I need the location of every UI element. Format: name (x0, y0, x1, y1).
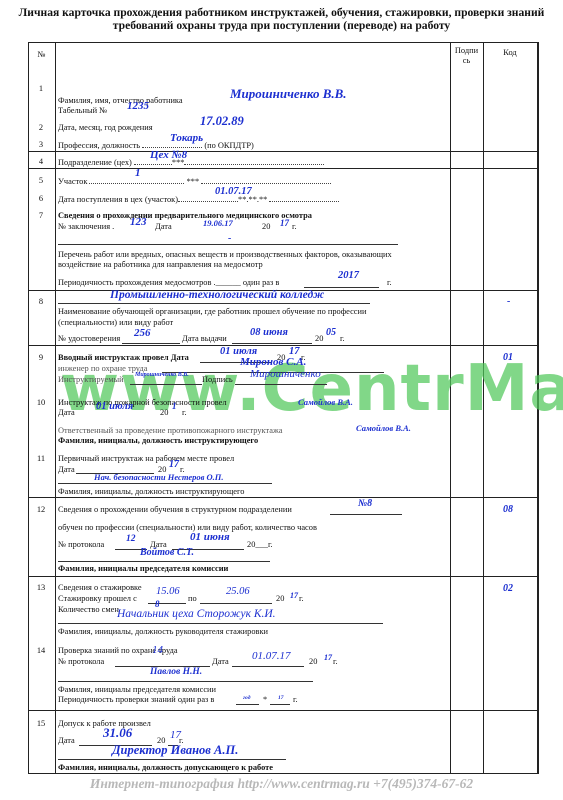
birth-date-label: Дата, месяц, год рождения (58, 123, 153, 133)
underline (200, 603, 272, 604)
admission-person-label: Фамилия, инициалы, должность допускающег… (58, 763, 273, 773)
knowledge-year-value[interactable]: 17 (324, 653, 332, 662)
fire-date-value[interactable]: 01 июля (96, 401, 133, 412)
row-number: 1 (28, 84, 54, 93)
primary-instructor-value[interactable]: Нач. безопасности Нестеров О.П. (94, 472, 224, 482)
year-suffix: г. (387, 278, 392, 288)
full-name-value[interactable]: Мирошниченко В.В. (230, 86, 347, 102)
fire-briefing-instructor[interactable]: Самойлов В.А. (298, 397, 353, 407)
knowledge-protocol-label: № протокола (58, 657, 104, 667)
department-label-text: Подразделение (цех) (58, 158, 132, 167)
department-label: Подразделение (цех) *** (58, 157, 324, 168)
section-stars: *** (187, 177, 200, 186)
underline (235, 384, 327, 385)
footer-printing-house: Интернет-типография http://www.centrmag.… (0, 776, 563, 792)
profession-value[interactable]: Токарь (170, 132, 203, 144)
header-signature-l2: сь (450, 56, 483, 66)
issue-date-label: Дата выдачи (182, 334, 227, 344)
fire-responsible-label: Ответственный за проведение противопожар… (58, 426, 282, 436)
birth-date-value[interactable]: 17.02.89 (200, 114, 244, 129)
conclusion-label: № заключения . (58, 222, 114, 232)
year-suffix: г. (340, 334, 345, 344)
unit-training-label-2: обучен по профессии (специальности) или … (58, 523, 317, 533)
section-value[interactable]: 1 (135, 167, 141, 179)
admission-person-value[interactable]: Директор Иванов А.П. (112, 743, 238, 758)
certificate-label: № удостоверения (58, 334, 120, 344)
underline (330, 514, 402, 515)
internship-to-value[interactable]: 25.06 (226, 586, 250, 597)
underline (236, 704, 259, 705)
dotted-line (201, 176, 331, 184)
year-suffix: г. (333, 657, 338, 667)
underline (58, 759, 286, 760)
trainee-signature[interactable]: Мирошниченко (250, 368, 321, 380)
internship-from-label: Стажировку прошел с (58, 594, 137, 604)
row-number: 4 (28, 157, 54, 166)
title-line-1: Личная карточка прохождения работником и… (0, 6, 563, 19)
unit-date-value[interactable]: 01 июня (190, 531, 230, 543)
knowledge-chair-label: Фамилия, инициалы председателя комиссии (58, 685, 216, 695)
signature-label: Подпись (202, 375, 233, 385)
internship-label: Сведения о стажировке (58, 583, 142, 593)
underline (232, 343, 312, 344)
year-suffix: г. (292, 222, 297, 232)
fire-responsible-value[interactable]: Самойлов В.А. (356, 423, 411, 433)
issue-year-prefix: 20 (315, 334, 323, 344)
row-number: 15 (28, 719, 54, 728)
entry-date-value[interactable]: 01.07.17 (215, 186, 252, 197)
safety-engineer-value[interactable]: Миронов С.А. (240, 356, 306, 368)
admission-date-value[interactable]: 31.06 (103, 725, 132, 741)
unit-training-value[interactable]: №8 (358, 498, 372, 509)
row-number: 11 (28, 454, 54, 463)
full-name-label: Фамилия, имя, отчество работника (58, 96, 183, 106)
issue-year-value[interactable]: 05 (326, 327, 336, 338)
medical-date-value[interactable]: 19.06.17 (203, 218, 233, 228)
row-number: 5 (28, 176, 54, 185)
row-divider (28, 710, 538, 711)
underline (58, 244, 398, 245)
medical-year-value[interactable]: 17 (280, 218, 289, 228)
medical-dash: - (228, 233, 231, 244)
section-label-text: Участок (58, 177, 87, 186)
entry-date-label: Дата поступления в цех (участок)**.**.** (58, 194, 339, 205)
admission-date-label: Дата (58, 736, 75, 746)
underline (148, 603, 186, 604)
underline (122, 343, 180, 344)
profession-label-text: Профессия, должность (58, 141, 140, 150)
underline (270, 704, 290, 705)
medical-period-value[interactable]: 2017 (338, 270, 359, 281)
internship-year-value[interactable]: 17 (290, 591, 298, 600)
row-divider (28, 497, 538, 498)
knowledge-date-value[interactable]: 01.07.17 (252, 650, 291, 662)
hazard-list-label-2: воздействие на работника для направления… (58, 260, 263, 270)
header-signature-l1: Подпи (450, 46, 483, 56)
internship-head-label: Фамилия, инициалы, должность руководител… (58, 627, 268, 637)
underline (58, 681, 313, 682)
row-number: 13 (28, 583, 54, 592)
row12-code: 08 (503, 504, 513, 515)
fire-date-label: Дата (58, 408, 75, 418)
knowledge-period-label: Периодичность проверки знаний один раз в (58, 695, 214, 705)
medical-date-label: Дата (155, 222, 172, 232)
title-line-2: требований охраны труда при поступлении … (0, 19, 563, 32)
okpdtr-label: (по ОКПДТР) (204, 141, 254, 150)
underline (58, 561, 270, 562)
entry-date-label-text: Дата поступления в цех (участок) (58, 195, 178, 204)
training-org-label-1: Наименование обучающей организации, где … (58, 307, 366, 317)
row-number: 10 (28, 398, 54, 407)
knowledge-protocol-value[interactable]: 14 (152, 644, 163, 656)
underline (58, 623, 383, 624)
row-number: 6 (28, 194, 54, 203)
underline (304, 287, 379, 288)
training-org-label-2: (специальности) или виду работ (58, 318, 173, 328)
header-num: № (28, 50, 55, 59)
internship-to-label: по (188, 594, 197, 604)
header-code: Код (483, 48, 537, 57)
instructor-fio-label: Фамилия, инициалы, должность инструктиру… (58, 487, 244, 497)
unit-protocol-value[interactable]: 12 (126, 534, 136, 544)
primary-year-value[interactable]: 17 (169, 459, 179, 470)
trainee-value[interactable]: Мирошниченко В.В. (135, 372, 189, 378)
knowledge-chair-value[interactable]: Павлов Н.Н. (150, 667, 202, 677)
intro-briefing-label: Вводный инструктаж провел Дата (58, 353, 189, 363)
row-number: 2 (28, 123, 54, 132)
knowledge-period-year[interactable]: 17 (278, 695, 284, 701)
commission-chair-value[interactable]: Войтов С.Т. (140, 547, 194, 558)
unit-training-label: Сведения о прохождении обучения в структ… (58, 505, 292, 515)
underline (232, 666, 304, 667)
trainee-label: Инструктируемый (58, 375, 124, 385)
hazard-list-label-1: Перечень работ или вредных, опасных веще… (58, 250, 392, 260)
certificate-value[interactable]: 256 (134, 327, 151, 339)
row-divider (28, 345, 538, 346)
primary-date-label: Дата (58, 465, 75, 475)
row13-code: 02 (503, 583, 513, 594)
training-org-value[interactable]: Промышленно-технологический колледж (110, 289, 324, 301)
card-title: Личная карточка прохождения работником и… (0, 6, 563, 32)
row-number: 12 (28, 505, 54, 514)
unit-protocol-label: № протокола (58, 540, 104, 550)
year-suffix: г. (293, 695, 298, 705)
fire-briefing-label: Инструктаж по пожарной безопасности пров… (58, 398, 227, 408)
fire-year-prefix: 20 (160, 408, 168, 418)
shifts-label: Количество смен (58, 605, 119, 615)
internship-from-value[interactable]: 15.06 (156, 586, 180, 597)
internship-year-prefix: 20 (276, 594, 284, 604)
department-value[interactable]: Цех №8 (150, 149, 187, 161)
issue-date-value[interactable]: 08 июня (250, 327, 288, 338)
header-signature: Подпи сь (450, 46, 483, 66)
underline (58, 303, 370, 304)
row-divider (28, 168, 538, 169)
underline (130, 384, 202, 385)
knowledge-period-sep: * (263, 695, 267, 705)
row-divider (28, 151, 538, 152)
section-label: Участок *** (58, 176, 331, 187)
unit-year-label: 20___г. (247, 540, 273, 550)
medical-period-label: Периодичность прохождения медосмотров ._… (58, 278, 279, 288)
year-suffix: г. (182, 408, 187, 418)
row9-code: 01 (503, 352, 513, 363)
row-number: 14 (28, 646, 54, 655)
knowledge-date-label: Дата (212, 657, 229, 667)
dotted-line (269, 194, 339, 202)
tab-number-value[interactable]: 1235 (127, 100, 149, 112)
year-suffix: г. (299, 594, 304, 604)
row-number: 9 (28, 353, 54, 362)
medical-exam-label: Сведения о прохождении предварительного … (58, 211, 312, 221)
dotted-line (184, 157, 324, 165)
row-divider (28, 576, 538, 577)
knowledge-year-prefix: 20 (309, 657, 317, 667)
instructor-fio-label: Фамилия, инициалы, должность инструктиру… (58, 436, 258, 446)
row-number: 3 (28, 140, 54, 149)
row8-code: - (507, 296, 510, 307)
table-bottom (28, 773, 538, 774)
conclusion-value[interactable]: 123 (130, 216, 147, 228)
primary-briefing-label: Первичный инструктаж на рабочем месте пр… (58, 454, 234, 464)
fire-year-value[interactable]: 1 (172, 401, 177, 411)
internship-head-value[interactable]: Начальник цеха Сторожук К.И. (117, 608, 276, 620)
row-number: 7 (28, 211, 54, 220)
underline (58, 483, 272, 484)
knowledge-period-value[interactable]: год (243, 695, 250, 701)
tab-number-label: Табельный № (58, 106, 107, 116)
commission-chair-label: Фамилия, инициалы председателя комиссии (58, 564, 228, 574)
row-number: 8 (28, 297, 54, 306)
medical-year-prefix: 20 (262, 222, 270, 232)
